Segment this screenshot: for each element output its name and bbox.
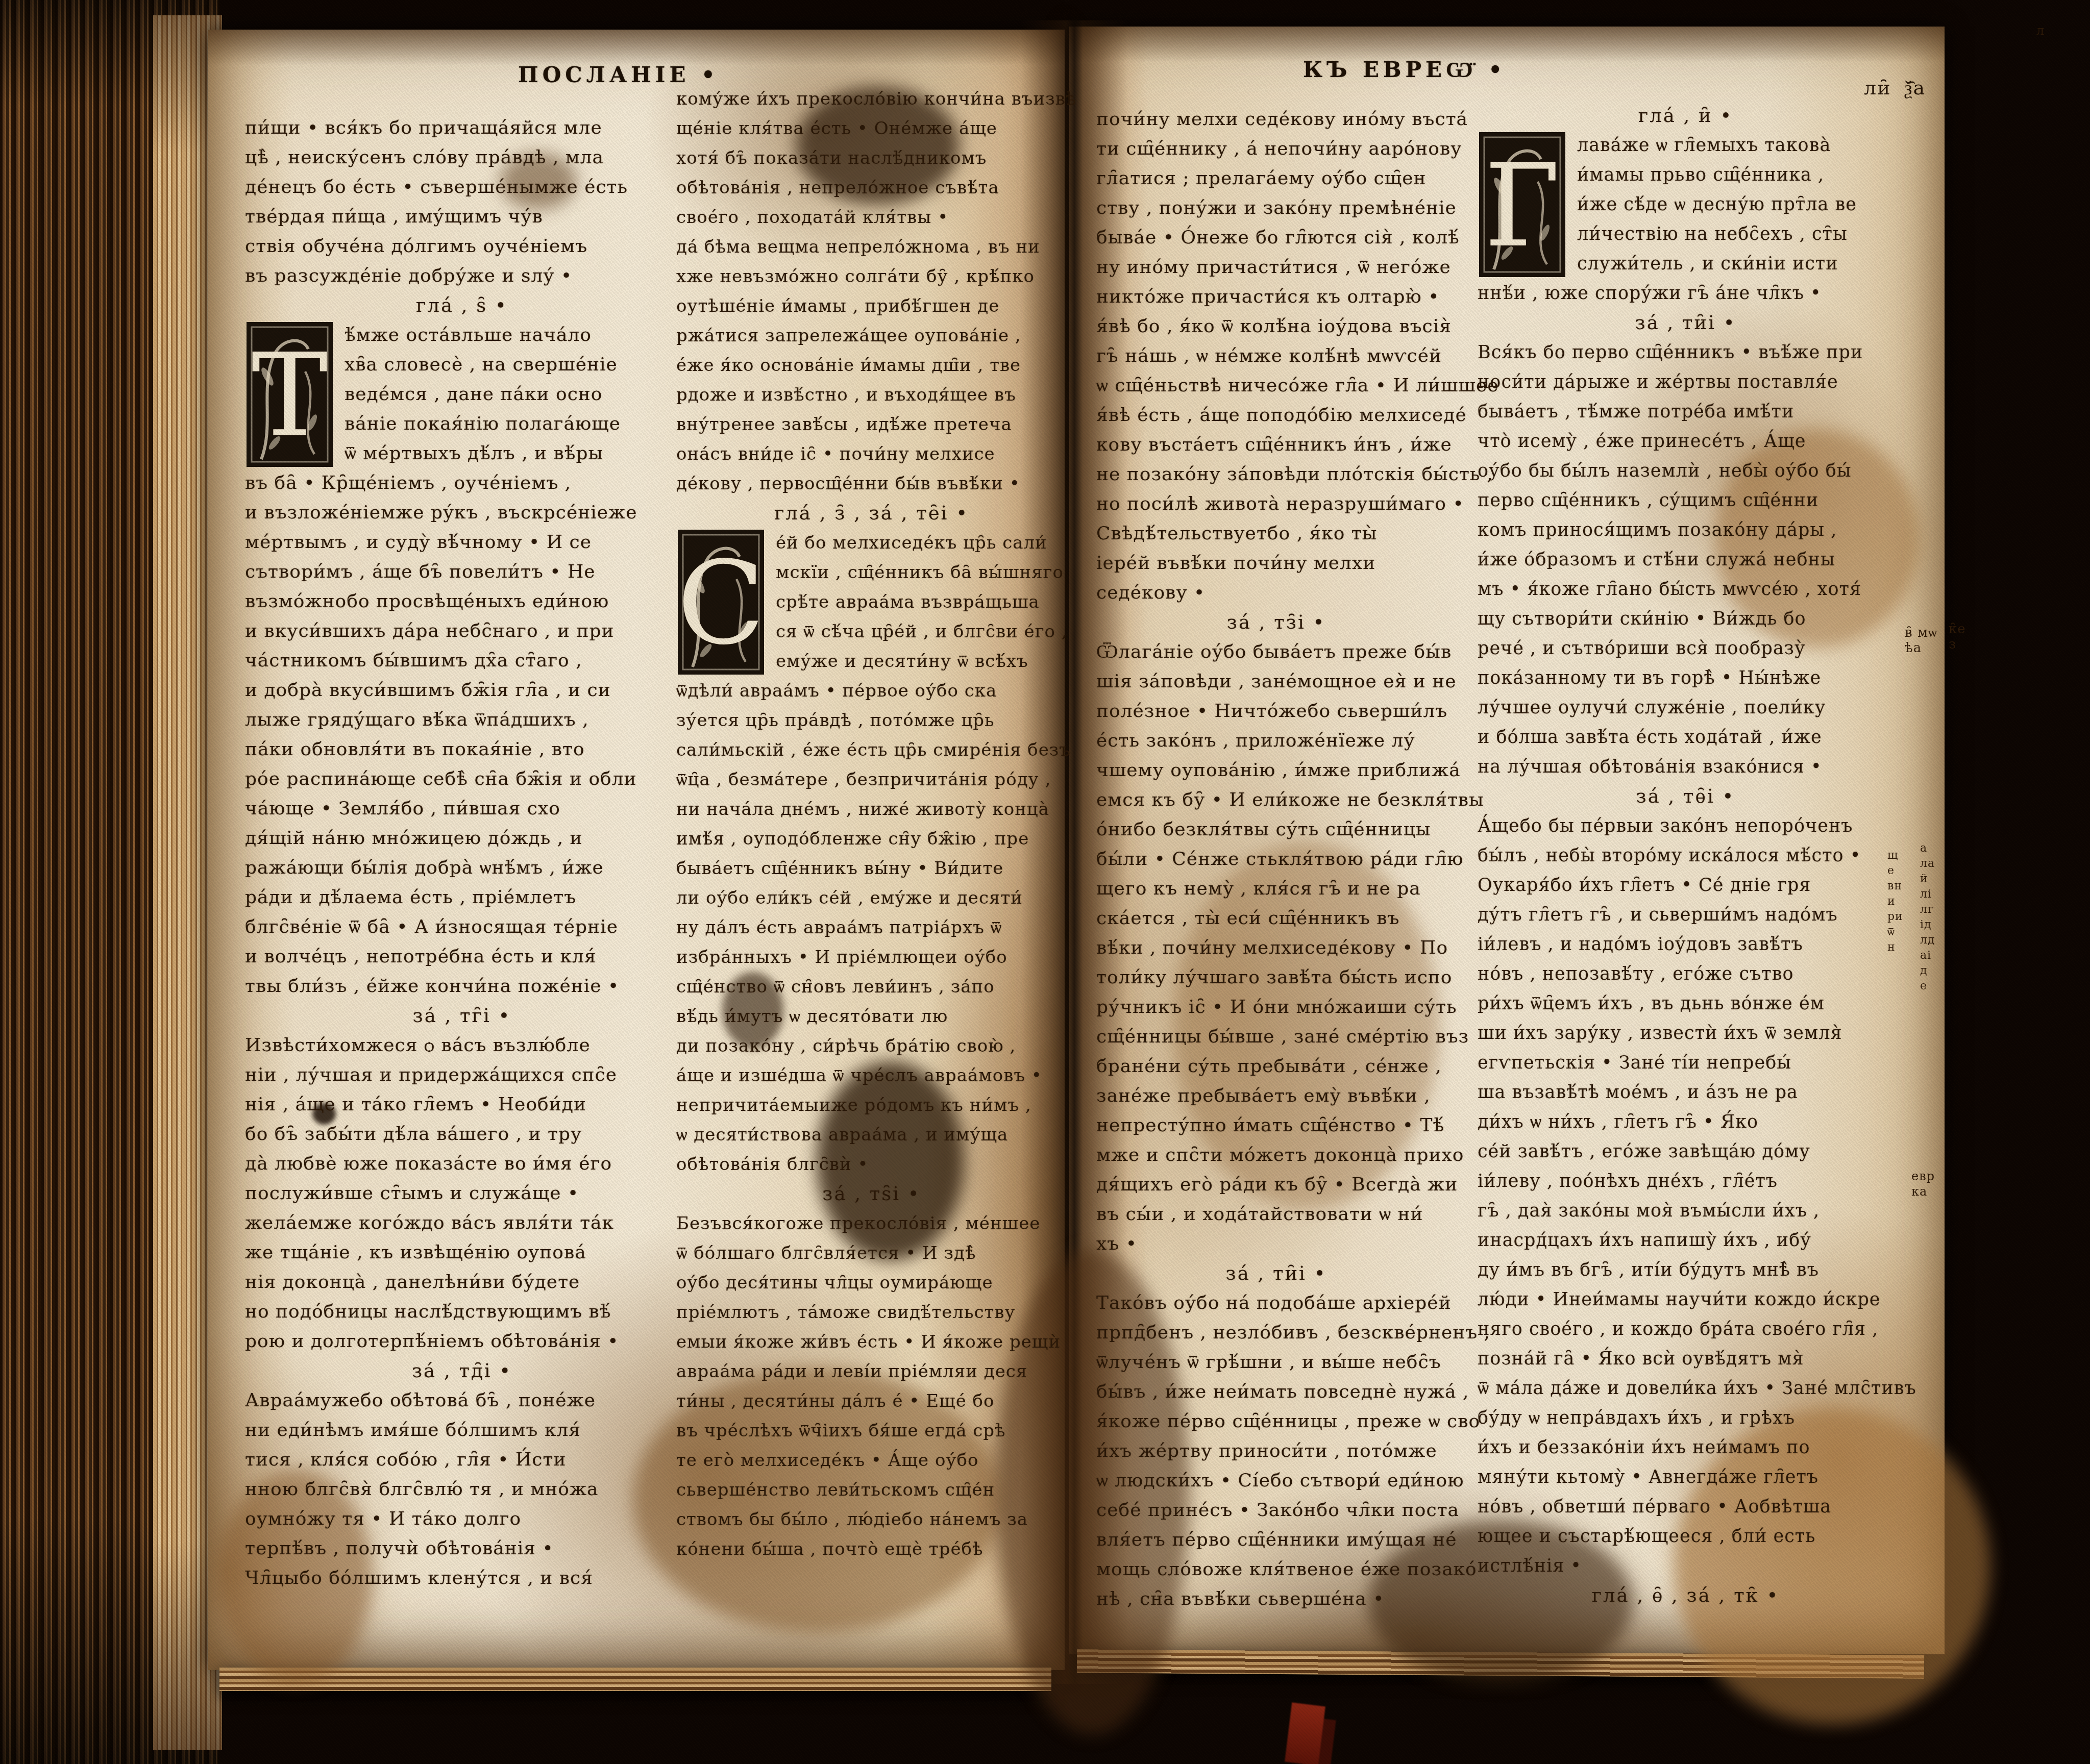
woodcut-initial-С: С xyxy=(676,528,766,676)
text-line: де́нецъ бо е́сть • съверше́нымже е́сть xyxy=(245,172,679,202)
section-heading: за́ , ти̑і • xyxy=(1096,1259,1456,1288)
text-line: щего къ нему̀ , кля́ся гъ̑ и не ра xyxy=(1096,874,1456,904)
text-line: непресту́пно и́мать сщ̑е́нство • Тѣ́ xyxy=(1096,1111,1456,1140)
text-line: же тща́ніе , къ извѣще́нію оупова́ xyxy=(245,1238,679,1268)
text-line: избра́нныхъ • И пріе́млющеи оу́бо xyxy=(676,942,1067,972)
margin-note: л xyxy=(2036,23,2045,38)
margin-note-line: вн xyxy=(1887,879,1903,894)
text-line: де́кову , первосщ̑е́нни бы́в въвѣ́ки • xyxy=(676,469,1067,499)
text-line: въ сы́и , и хода́тайствовати ѡ ни́ xyxy=(1096,1200,1456,1229)
text-line: Ѿлага́ніе оу́бо быва́етъ преже бы́в xyxy=(1096,637,1456,667)
margin-note-line: е xyxy=(1887,863,1903,879)
text-line: бы́лъ , небы̀ второ́му иска́лося мѣ́сто … xyxy=(1478,841,1894,871)
section-heading: за́ , ти̑і • xyxy=(1478,308,1894,338)
text-line: въ ба̑ • Кр̑ще́ніемъ , оуче́ніемъ , xyxy=(245,468,679,498)
text-line: ему́же и десяти́ну ѿ всѣ́хъ xyxy=(776,647,1068,676)
text-line: ствомъ бы бы́ло , лю́діебо на́немъ за xyxy=(676,1505,1067,1534)
text-line: никто́же причасти́ся къ олтарю̀ • xyxy=(1096,282,1456,312)
text-line: себе́ прине́съ • Зако́нбо чл̑ки поста xyxy=(1096,1496,1456,1525)
text-line: пи́щи • вся́къ бо причаща́яйся мле xyxy=(245,113,679,143)
margin-note-line: в̑ мѡ xyxy=(1905,625,1937,640)
text-line: ди позако́ну , си́рѣчь бра́тію свою̀ , xyxy=(676,1031,1067,1061)
text-line: въ чре́слѣхъ ѿч̑іихъ бя́ше егда́ срѣ xyxy=(676,1416,1067,1446)
text-line: ще́ніе кля́тва е́сть • Оне́мже а́ще xyxy=(676,114,1067,143)
text-line: хже невъзмо́жно солга́ти бу̑ , крѣ́пко xyxy=(676,262,1067,291)
text-line: ска́ется , ты̀ еси́ сщ̑е́нникъ въ xyxy=(1096,904,1456,933)
text-line: мъ • я́коже гл̑ано бы́сть мѡѵсе́ю , хотя… xyxy=(1478,575,1894,604)
text-line: іи́левъ , и надо́мъ іоу́довъ завѣ́тъ xyxy=(1478,930,1894,959)
text-line: оу́бо деся́тины чл̑цы оумира́юще xyxy=(676,1268,1067,1298)
text-line: няго свое́го , и кождо бра́та свое́го гл… xyxy=(1478,1314,1894,1344)
text-line: седе́кову • xyxy=(1096,578,1456,608)
text-line: хъ • xyxy=(1096,1229,1456,1259)
text-line: авраа́ма ра́ди и леві́и пріе́мляи деся xyxy=(676,1357,1067,1386)
printed-text-layer: ПОСЛАНІЕ • КЪ ЕВРЕѠ̈ • ли̑ѯ̑а пи́щи • вс… xyxy=(0,0,2090,1764)
text-line: іи́леву , поо́нѣхъ дне́хъ , гл̑е́тъ xyxy=(1478,1166,1894,1196)
text-line: я́вѣ е́сть , а́ще поподо́бію мелхиседе́ xyxy=(1096,401,1456,430)
text-line: и́хъ же́ртву приноси́ти , пото́мже xyxy=(1096,1436,1456,1466)
margin-note-line: ла xyxy=(1920,856,1935,872)
margin-note: к̑ез xyxy=(1949,622,1966,652)
text-line: веде́мся , дане па́ки осно xyxy=(345,380,679,409)
text-line: хв̑а словесѐ , на сверше́ніе xyxy=(345,350,679,380)
text-line: ду и́мъ въ бгъ̑ , иті́и бу́дутъ мнѣ̀ въ xyxy=(1478,1255,1894,1285)
text-line: ѿ ме́ртвыхъ дѣ́лъ , и вѣ́ры xyxy=(345,439,679,468)
text-line: ѿц̑а , безма́тере , безпричита́нія ро́ду… xyxy=(676,765,1067,794)
text-line: вѣ́ки , почи́ну мелхиседе́кову • По xyxy=(1096,933,1456,963)
text-line: дя́щихъ его̀ ра́ди къ бу̑ • Всегда̀ жи xyxy=(1096,1170,1456,1200)
text-line: сали́мьскій , е́же е́сть цр̑ь смире́нія … xyxy=(676,735,1067,765)
text-line: почи́ну мелхи седе́кову ино́му въста́ xyxy=(1096,105,1456,134)
margin-note-line: ка xyxy=(1911,1184,1935,1199)
section-heading: гла́ , ѳ̑ , за́ , тк̑ • xyxy=(1478,1581,1894,1610)
text-line: ме́ртвымъ , и суду̀ вѣ́чному • И се xyxy=(245,528,679,557)
text-column: гла́ , и̑ •Глава́же ѡ гл̑емыхъ такова̀и́… xyxy=(1478,101,1894,1610)
text-line: дя́щій на́ню мно́жицею до́ждь , и xyxy=(245,824,679,853)
text-line: жела́емже кого́ждо ва́съ явля́ти та́к xyxy=(245,1208,679,1238)
text-line: гъ̑ , дая̀ зако́ны моя̀ въмы́сли и́хъ , xyxy=(1478,1196,1894,1226)
quire-mark: ли̑ xyxy=(1864,77,1891,99)
text-line: инасрд́цахъ и́хъ напишу̀ и́хъ , ибу́ xyxy=(1478,1226,1894,1255)
text-line: се́й завѣ́тъ , его́же завѣща́ю до́му xyxy=(1478,1137,1894,1166)
text-line: ти́ны , десяти́ны да́лъ е́ • Еще́ бо xyxy=(676,1386,1067,1416)
text-line: Чл̑цыбо бо́лшимъ клену́тся , и вся́ xyxy=(245,1563,679,1593)
text-line: кому́же и́хъ прекосло́вію кончи́на въизв… xyxy=(676,84,1067,114)
text-line: оутѣше́ніе и́мамы , прибѣ́гшен де xyxy=(676,291,1067,321)
text-line: ѿ ма́ла да́же и довели́ка и́хъ • Зане́ м… xyxy=(1478,1374,1894,1403)
text-line: емся къ бу̑ • И ели́коже не безкля́твы xyxy=(1096,785,1456,815)
text-line: терпѣ́въ , получѝ обѣтова́нія • xyxy=(245,1534,679,1563)
text-line: бы́ли • Се́нже стькля́твою ра́ди гл̑ю xyxy=(1096,844,1456,874)
margin-note-line: щ xyxy=(1887,848,1903,863)
margin-note-line: е xyxy=(1920,979,1935,994)
margin-note-line: и xyxy=(1887,894,1903,909)
text-line: шія за́повѣди , зане́мощное ея̀ и не xyxy=(1096,667,1456,697)
text-line: да́ бѣма вещма непрело́жнома , въ ни xyxy=(676,232,1067,262)
text-line: А́щебо бы пе́рвыи зако́нъ непоро́ченъ xyxy=(1478,811,1894,841)
text-line: пріе́млютъ , та́може свидѣ́тельству xyxy=(676,1298,1067,1327)
text-line: ству , пону́жи и зако́ну премѣне́ніе xyxy=(1096,193,1456,223)
text-line: но́въ , обветши́ пе́рваго • Аобвѣтша xyxy=(1478,1492,1894,1522)
text-line: лю́ди • Инеи́мамы научи́ти кождо и́скре xyxy=(1478,1285,1894,1314)
text-line: тися , кля́ся собо́ю , гл̑я • И́сти xyxy=(245,1445,679,1475)
text-line: комъ принося́щимъ позако́ну да́ры , xyxy=(1478,515,1894,545)
text-line: кову въста́етъ сщ̑е́нникъ и́нъ , и́же xyxy=(1096,430,1456,460)
open-antique-book-photo: ПОСЛАНІЕ • КЪ ЕВРЕѠ̈ • ли̑ѯ̑а пи́щи • вс… xyxy=(0,0,2090,1764)
text-line: ри́хъ ѿц̑емъ и́хъ , въ дьнь во́нже е́м xyxy=(1478,989,1894,1018)
margin-note-line: з xyxy=(1949,637,1966,652)
text-line: ра́ди и дѣ́лаема е́сть , пріе́млетъ xyxy=(245,883,679,912)
text-line: ѿлуче́нъ ѿ грѣ́шни , и вы́ше небс̑ъ xyxy=(1096,1348,1456,1377)
leaf-mark: ѯ̑а xyxy=(1904,77,1926,99)
text-line: непричита́емыиже ро́домъ къ ни́мъ , xyxy=(676,1090,1067,1120)
text-line: нѣ , сн̑а въвѣ́ки сьверше́на • xyxy=(1096,1584,1456,1614)
text-line: но поси́лѣ живота̀ неразруши́маго • xyxy=(1096,489,1456,519)
text-line: оу́бо бы бы́лъ наземлѝ , небы̀ оу́бо бы́ xyxy=(1478,456,1894,486)
text-line: срѣ́те авраа́ма възвра́щьша xyxy=(776,587,1068,617)
text-line: сътвори́мъ , а́ще бъ̑ повели́тъ • Не xyxy=(245,557,679,587)
text-line: твы бли́зъ , е́йже кончи́на поже́ніе • xyxy=(245,972,679,1001)
folio-number: ли̑ѯ̑а xyxy=(1864,77,1939,100)
text-line: быва́е • О́неже бо гл̑ются сія̀ , колѣ́ xyxy=(1096,223,1456,253)
text-line: бы́въ , и́же неи́мать повседнѐ нужа́ , xyxy=(1096,1377,1456,1407)
text-line: свое́го , походата́й кля́твы • xyxy=(676,203,1067,232)
text-line: и́хъ и беззако́ніи и́хъ неи́мамъ по xyxy=(1478,1433,1894,1462)
text-line: мскїи , сщ̑е́нникъ ба̑ вы́шняго xyxy=(776,558,1068,587)
text-line: нія , а́ще и та́ко гл̑емъ • Необи́ди xyxy=(245,1090,679,1120)
text-line: ду́тъ гл̑етъ гъ̑ , и сьверши́мъ надо́мъ xyxy=(1478,900,1894,930)
text-column: почи́ну мелхи седе́кову ино́му въста́ти … xyxy=(1096,105,1456,1614)
margin-note-line: лд xyxy=(1920,933,1935,948)
text-line: быва́етъ , тѣ́мже потре́ба имѣ́ти xyxy=(1478,397,1894,427)
text-line: истлѣ́нія • xyxy=(1478,1551,1894,1581)
text-line: е́й бо мелхиседе́къ цр̑ь сали́ xyxy=(776,528,1068,558)
text-line: обѣтова́нія , непрело́жное съвѣ́та xyxy=(676,173,1067,203)
text-line: мощь сло́воже кля́твеное е́же позако́ xyxy=(1096,1555,1456,1584)
text-line: толи́ку лу́чшаго завѣ́та бы́сть испо xyxy=(1096,963,1456,992)
text-line: рою и долготерпѣ́ніемъ обѣтова́нія • xyxy=(245,1327,679,1356)
text-line: ча́стникомъ бы́вшимъ дх̑а ст̑аго , xyxy=(245,646,679,676)
margin-note-line: й xyxy=(1920,872,1935,887)
text-line: и́мамы прьво сщ̑е́нника , xyxy=(1577,160,1894,190)
margin-note-line: д xyxy=(1920,963,1935,979)
margin-note-line: н xyxy=(1887,940,1903,955)
text-line: блгс̑ве́ніе ѿ ба̑ • А и́зносящая те́рніе xyxy=(245,912,679,942)
text-line: лыже гряду́щаго вѣ́ка ѿпа́дшихъ , xyxy=(245,705,679,735)
text-line: зу́ется цр̑ь пра́вдѣ , пото́мже цр̑ь xyxy=(676,706,1067,735)
text-line: но подо́бницы наслѣ́дствующимъ вѣ́ xyxy=(245,1297,679,1327)
text-line: ѡ десяти́ствова авраа́ма , и иму́ща xyxy=(676,1120,1067,1150)
margin-note-line: лі xyxy=(1920,887,1935,902)
text-line: имѣ́я , оуподо́бленже сн̑у бж̑ію , пре xyxy=(676,824,1067,854)
initial-row: Тѣ́мже оста́вльше нача́лохв̑а словесѐ , … xyxy=(245,320,679,468)
text-line: ко́нени бы́ша , почто̀ ещѐ тре́бѣ xyxy=(676,1534,1067,1564)
margin-note-line: л xyxy=(2036,23,2045,38)
margin-note-line: ѿ xyxy=(1887,925,1903,940)
text-line: оумно́жу тя • И та́ко долго xyxy=(245,1504,679,1534)
text-line: чшему оупова́нію , и́мже приближа́ xyxy=(1096,756,1456,785)
text-line: ннѣ́и , юже спору́жи гъ̑ а́не чл̑къ • xyxy=(1478,279,1894,308)
text-line: вѣ́дь и́мутъ ѡ десято́вати лю xyxy=(676,1002,1067,1031)
text-line: мже и спс̑ти мо́жетъ доконца̀ прихо xyxy=(1096,1140,1456,1170)
text-line: е́же я́ко основа́ніе и́мамы дш̑и , тве xyxy=(676,351,1067,380)
section-heading: за́ , тѕ̑і • xyxy=(676,1179,1067,1209)
text-line: рдоже и извѣ́стно , и въходя́щее въ xyxy=(676,380,1067,410)
margin-note-line: ѣа xyxy=(1905,640,1937,656)
text-line: вля́етъ пе́рво сщ̑е́нники иму́щая не́ xyxy=(1096,1525,1456,1555)
text-line: сьверше́нство леви́тьскомъ сщ̑е́н xyxy=(676,1475,1067,1505)
text-line: на лу́чшая обѣтова́нія взако́нися • xyxy=(1478,752,1894,782)
text-line: ніи , лу́чшая и придержа́щихся спс̑е xyxy=(245,1060,679,1090)
text-line: хотя́ бъ̑ показа́ти наслѣ́дникомъ xyxy=(676,143,1067,173)
text-line: егѵпетьскія • Зане́ ті́и непребы́ xyxy=(1478,1048,1894,1078)
text-line: а́ще и изше́дша ѿ чре́слъ авраа́мовъ • xyxy=(676,1061,1067,1090)
svg-text:Г: Г xyxy=(1484,139,1561,273)
text-line: те его̀ мелхиседе́къ • А́ще оу́бо xyxy=(676,1446,1067,1475)
margin-note: еврка xyxy=(1911,1169,1935,1199)
text-line: да̀ любвѐ юже показа́сте во и́мя е́го xyxy=(245,1149,679,1179)
text-column: кому́же и́хъ прекосло́вію кончи́на въизв… xyxy=(676,84,1067,1564)
text-line: сщ̑е́нницы бы́вше , зане́ сме́ртію въз xyxy=(1096,1022,1456,1052)
text-line: бо бъ̑ забы́ти дѣ́ла ва́шего , и тру xyxy=(245,1120,679,1149)
initial-adjacent-lines: лава́же ѡ гл̑емыхъ такова̀и́мамы прьво с… xyxy=(1577,131,1894,279)
text-line: служи́тель , и ски́ніи исти xyxy=(1577,249,1894,279)
initial-adjacent-lines: ѣ́мже оста́вльше нача́лохв̑а словесѐ , н… xyxy=(345,320,679,468)
text-line: ли оу́бо ели́къ се́й , ему́же и десяти́ xyxy=(676,883,1067,913)
text-line: нія доконца̀ , данелѣни́ви бу́дете xyxy=(245,1268,679,1297)
text-line: она́съ вни́де іс̑ • почи́ну мелхисе xyxy=(676,439,1067,469)
text-line: о́нибо безкля́твы су́ть сщ̑е́нницы xyxy=(1096,815,1456,844)
text-line: ѡ людски́хъ • Сі́ебо сътвори́ еди́ною xyxy=(1096,1466,1456,1496)
text-line: ти сщ̑е́ннику , а́ непочи́ну ааро́нову xyxy=(1096,134,1456,164)
margin-note: в̑ мѡѣа xyxy=(1905,625,1937,656)
svg-text:Т: Т xyxy=(251,329,328,463)
section-heading: за́ , тд̑і • xyxy=(245,1356,679,1386)
initial-row: Се́й бо мелхиседе́къ цр̑ь сали́мскїи , с… xyxy=(676,528,1067,676)
woodcut-initial-Г: Г xyxy=(1478,131,1567,279)
text-line: ну ино́му причасти́тися , ѿ него́же xyxy=(1096,253,1456,282)
text-line: ди́хъ ѡ ни́хъ , гл̑етъ гъ̑ • Я́ко xyxy=(1478,1107,1894,1137)
text-line: я́коже пе́рво сщ̑е́нницы , преже ѡ сво xyxy=(1096,1407,1456,1436)
text-line: ва́ніе покая́нію полага́юще xyxy=(345,409,679,439)
section-heading: за́ , тг̑і • xyxy=(245,1001,679,1031)
text-line: е́сть зако́нъ , приложе́нїеже лу́ xyxy=(1096,726,1456,756)
text-line: и възложе́ніемже ру́къ , въскрсе́ніеже xyxy=(245,498,679,528)
text-line: и волче́цъ , непотре́бна е́сть и кля́ xyxy=(245,942,679,972)
text-line: ша възавѣ́тѣ мое́мъ , и а́зъ не ра xyxy=(1478,1078,1894,1107)
text-line: зане́же пребыва́етъ ему̀ въвѣ́ки , xyxy=(1096,1081,1456,1111)
text-line: Извѣсти́хомжеся ѻ ва́съ възлю́бле xyxy=(245,1031,679,1060)
text-line: ши и́хъ зару́ку , известѝ и́хъ ѿ земля̀ xyxy=(1478,1018,1894,1048)
section-heading: гла́ , и̑ • xyxy=(1478,101,1894,131)
text-line: ющее и състарѣ́ющееся , бли́ есть xyxy=(1478,1522,1894,1551)
text-line: Вся́къ бо перво сщ̑е́нникъ • въѣ́же при xyxy=(1478,338,1894,367)
text-line: гъ̑ на́шь , ѡ не́мже колѣ́нѣ мѡѵсе́й xyxy=(1096,341,1456,371)
text-line: вну́тренее завѣ́сы , идѣ́же претеча xyxy=(676,410,1067,439)
text-line: бу́ду ѡ непра́вдахъ и́хъ , и грѣхъ xyxy=(1478,1403,1894,1433)
text-line: я́вѣ бо , я́ко ѿ колѣ́на іоу́дова въсія̀ xyxy=(1096,312,1456,341)
text-line: ража́ющи бы́лія добра̀ ѡнѣ́мъ , и́же xyxy=(245,853,679,883)
text-line: ро́е распина́юще себѣ̀ сн̑а бж̑ія и обли xyxy=(245,764,679,794)
text-line: Тако́въ оу́бо на́ подоба́ше архіере́й xyxy=(1096,1288,1456,1318)
text-line: и́же сѣ́де ѡ десну́ю прт̑ла ве xyxy=(1577,190,1894,219)
text-line: и́же о́бразомъ и стѣ́ни служа́ небны xyxy=(1478,545,1894,575)
margin-note-line: ід xyxy=(1920,917,1935,933)
text-line: поле́зное • Ничто́жебо сьверши́лъ xyxy=(1096,697,1456,726)
margin-note-line: а xyxy=(1920,841,1935,856)
margin-note-line: аі xyxy=(1920,948,1935,963)
text-line: ча́юще • Земля́бо , пи́вшая схо xyxy=(245,794,679,824)
text-line: Свѣдѣ́тельствуетбо , я́ко ты̀ xyxy=(1096,519,1456,549)
text-line: лава́же ѡ гл̑емыхъ такова̀ xyxy=(1577,131,1894,160)
section-heading: за́ , тѳ̑і • xyxy=(1478,782,1894,811)
text-line: прпд̑бенъ , незло́бивъ , безскве́рненъ , xyxy=(1096,1318,1456,1348)
margin-note-line: евр xyxy=(1911,1169,1935,1184)
text-line: нною блгс̑вя̀ блгс̑влю́ тя , и мно́жа xyxy=(245,1475,679,1504)
text-line: не позако́ну за́повѣди пло́тскія бы́сть … xyxy=(1096,460,1456,489)
text-column: пи́щи • вся́къ бо причаща́яйся млецѣ̀ , … xyxy=(245,113,679,1593)
margin-note: щевнириѿн xyxy=(1887,848,1903,955)
text-line: пока́занному ти въ горѣ̀ • Ны́нѣже xyxy=(1478,663,1894,693)
margin-note-line: лг xyxy=(1920,902,1935,917)
text-line: ни еди́нѣмъ имя́ше бо́лшимъ кля́ xyxy=(245,1415,679,1445)
text-line: ну да́лъ е́сть авраа́мъ патріа́рхъ ѿ xyxy=(676,913,1067,942)
text-line: перво сщ̑е́нникъ , су́щимъ сщ̑е́нни xyxy=(1478,486,1894,515)
text-line: быва́етъ сщ̑е́нникъ вы́ну • Ви́дите xyxy=(676,854,1067,883)
text-line: цѣ̀ , неиску́сенъ сло́ву пра́вдѣ , мла xyxy=(245,143,679,172)
text-line: мяну́ти кьтому̀ • Авнегда́же гл̑етъ xyxy=(1478,1462,1894,1492)
text-line: щу сътвори́ти ски́нію • Ви́ждь бо xyxy=(1478,604,1894,634)
text-line: емыи я́коже жи́въ е́сть • И я́коже рещѝ xyxy=(676,1327,1067,1357)
text-line: и вкуси́вшихъ да́ра небс̑наго , и при xyxy=(245,616,679,646)
margin-note: алайлілгідлдаіде xyxy=(1920,841,1935,994)
text-line: тве́рдая пи́ща , иму́щимъ чу́в xyxy=(245,202,679,232)
text-line: въ разсужде́ніе добру́же и ѕлу́ • xyxy=(245,261,679,291)
text-line: ѿ бо́лшаго блгс̑вля́ется • И здѣ̀ xyxy=(676,1238,1067,1268)
initial-row: Глава́же ѡ гл̑емыхъ такова̀и́мамы прьво … xyxy=(1478,131,1894,279)
text-line: възмо́жнобо просвѣще́ныхъ еди́ною xyxy=(245,587,679,616)
text-line: ѿдѣли́ авраа́мъ • пе́рвое оу́бо ска xyxy=(676,676,1067,706)
text-line: бране́ни су́ть пребыва́ти , се́нже , xyxy=(1096,1052,1456,1081)
margin-note-line: к̑е xyxy=(1949,622,1966,637)
text-line: ѡ сщ̑е́ньствѣ ничесо́же гл̑а • И ли́шшее xyxy=(1096,371,1456,401)
initial-adjacent-lines: е́й бо мелхиседе́къ цр̑ь сали́мскїи , сщ… xyxy=(776,528,1068,676)
woodcut-initial-Т: Т xyxy=(245,320,334,468)
text-line: гл̑атися ; прелага́ему оу́бо сщ̑ен xyxy=(1096,164,1456,193)
text-line: лу́чшее оулучи́ служе́ніе , поели́ку xyxy=(1478,693,1894,723)
text-line: ся ѿ сѣ́ча цр̑е́й , и блгс̑ви е́го , xyxy=(776,617,1068,647)
running-header-left: ПОСЛАНІЕ • xyxy=(414,62,823,87)
margin-note-line: ри xyxy=(1887,909,1903,925)
running-header-right: КЪ ЕВРЕѠ̈ • xyxy=(1200,57,1609,83)
text-line: ржа́тися запрележа́щее оупова́ніе , xyxy=(676,321,1067,351)
text-line: рече́ , и сътво́риши вся̀ пообразу̀ xyxy=(1478,634,1894,663)
section-heading: гла́ , ѕ̑ • xyxy=(245,291,679,320)
text-line: носи́ти да́рыже и же́ртвы поставля́е xyxy=(1478,367,1894,397)
text-line: что̀ исему̀ , е́же принесе́тъ , А́ще xyxy=(1478,427,1894,456)
text-line: ли́чествію на небс̑ехъ , ст̑ы xyxy=(1577,219,1894,249)
text-line: позна́й га̑ • Я́ко всѝ оувѣ́дятъ мя̀ xyxy=(1478,1344,1894,1374)
text-line: па́ки обновля́ти въ покая́ніе , вто xyxy=(245,735,679,764)
section-heading: гла́ , з̑ , за́ , те̑і • xyxy=(676,499,1067,528)
text-line: ствія обуче́на до́лгимъ оуче́ніемъ xyxy=(245,232,679,261)
text-line: Оукаря́бо и́хъ гл̑етъ • Се́ дніе гря xyxy=(1478,871,1894,900)
text-line: обѣтова́нія блгс̑вѝ • xyxy=(676,1150,1067,1179)
svg-text:С: С xyxy=(677,537,765,670)
text-line: Авраа́мужебо обѣтова́ бъ̑ , поне́же xyxy=(245,1386,679,1415)
text-line: Безъвся́когоже прекосло́вія , ме́ншее xyxy=(676,1209,1067,1238)
text-line: ѣ́мже оста́вльше нача́ло xyxy=(345,320,679,350)
text-line: и бо́лша завѣ́та е́сть хода́тай , и́же xyxy=(1478,723,1894,752)
text-line: іере́й въвѣ́ки почи́ну мелхи xyxy=(1096,549,1456,578)
text-line: ру́чникъ іс̑ • И о́ни мно́жаиши су́ть xyxy=(1096,992,1456,1022)
text-line: сщ̑е́нство ѿ сн̑овъ леви́инъ , за́по xyxy=(676,972,1067,1002)
section-heading: за́ , тз̑і • xyxy=(1096,608,1456,637)
text-line: и добра̀ вкуси́вшимъ бж̑ія гл̑а , и си xyxy=(245,676,679,705)
text-line: ни нача́ла дне́мъ , ниже́ животу̀ конца̀ xyxy=(676,794,1067,824)
text-line: но́въ , непозавѣ́ту , его́же сътво xyxy=(1478,959,1894,989)
text-line: послужи́вше ст̑ымъ и служа́ще • xyxy=(245,1179,679,1208)
